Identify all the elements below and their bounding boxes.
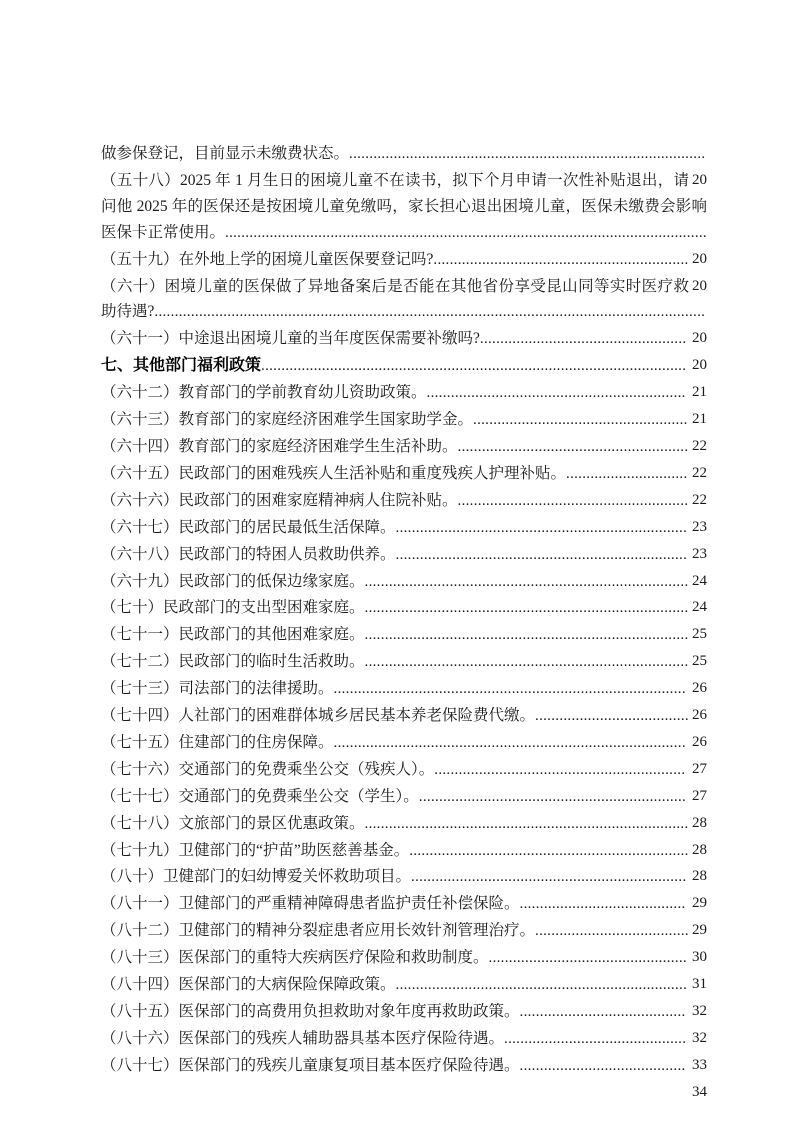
toc-entry-text: （七十八）文旅部门的景区优惠政策。 — [101, 815, 365, 832]
toc-page-number: 25 — [689, 649, 707, 675]
toc-leader-dots: ........................................… — [261, 358, 686, 374]
toc-page-number: 28 — [689, 864, 707, 890]
toc-entry-text: （七十三）司法部门的法律援助。 — [101, 680, 334, 697]
toc-entry: （七十一）民政部门的其他困难家庭。.......................… — [101, 622, 707, 649]
toc-leader-dots: ........................................… — [365, 627, 689, 643]
toc-leader-dots: ........................................… — [396, 547, 688, 563]
toc-leader-dots: ........................................… — [225, 225, 707, 241]
toc-leader-dots: ........................................… — [520, 1058, 686, 1074]
toc-leader-dots: ........................................… — [419, 789, 686, 805]
toc-leader-dots: ........................................… — [434, 762, 685, 778]
toc-entry-text: （八十一）卫健部门的严重精神障碍患者监护责任补偿保险。 — [101, 895, 520, 912]
toc-entry: 做参保登记，目前显示未缴费状态。........................… — [101, 141, 707, 168]
toc-entry: （七十七）交通部门的免费乘坐公交（学生）。...................… — [101, 784, 707, 811]
toc-page-number: 20 — [689, 247, 707, 273]
toc-leader-dots: ........................................… — [409, 843, 688, 859]
toc-page-number: 21 — [689, 380, 707, 406]
toc-entry-text: （八十三）医保部门的重特大疾病医疗保险和救助制度。 — [101, 949, 489, 966]
toc-entry: （五十八）2025 年 1 月生日的困境儿童不在读书，拟下个月申请一次性补贴退出… — [101, 168, 707, 247]
toc-entry: （七十）民政部门的支出型困难家庭。.......................… — [101, 595, 707, 622]
toc-entry: （七十三）司法部门的法律援助。.........................… — [101, 676, 707, 703]
toc-page-number: 20 — [689, 353, 707, 379]
toc-entry: （八十六）医保部门的残疾人辅助器具基本医疗保险待遇。..............… — [101, 1026, 707, 1053]
toc-entry: （六十）困境儿童的医保做了异地备案后是否能在其他省份享受昆山同等实时医疗救助待遇… — [101, 274, 707, 327]
toc-leader-dots: ........................................… — [480, 331, 687, 347]
toc-leader-dots: ........................................… — [365, 600, 689, 616]
toc-leader-dots: ........................................… — [458, 493, 689, 509]
toc-entry: （六十四）教育部门的家庭经济困难学生生活补助。.................… — [101, 434, 707, 461]
toc-entry-text: （六十五）民政部门的困难残疾人生活补贴和重度残疾人护理补贴。 — [101, 465, 566, 482]
toc-page-number: 29 — [689, 891, 707, 917]
toc-page-number: 21 — [689, 407, 707, 433]
toc-leader-dots: ........................................… — [433, 252, 688, 268]
toc-page-number: 26 — [689, 703, 707, 729]
toc-page-number: 33 — [689, 1053, 707, 1079]
toc-entry: （六十七）民政部门的居民最低生活保障。.....................… — [101, 515, 707, 542]
toc-entry: （七十九）卫健部门的“护苗”助医慈善基金。...................… — [101, 838, 707, 865]
toc-page-number: 31 — [689, 972, 707, 998]
toc-page-number: 23 — [689, 542, 707, 568]
toc-entry: （五十九）在外地上学的困境儿童医保要登记吗?..................… — [101, 247, 707, 274]
toc-leader-dots: ...................................... — [535, 923, 689, 939]
toc-entry-text: （七十四）人社部门的困难群体城乡居民基本养老保险费代缴。 — [101, 707, 535, 724]
toc-entry-text: （八十二）卫健部门的精神分裂症患者应用长效针剂管理治疗。 — [101, 922, 535, 939]
toc-entry-text: （八十五）医保部门的高费用负担救助对象年度再救助政策。 — [101, 1003, 520, 1020]
toc-entry-text: 七、其他部门福利政策 — [101, 357, 261, 374]
toc-entry-text: （七十五）住建部门的住房保障。 — [101, 734, 334, 751]
toc-leader-dots: ........................................… — [365, 574, 689, 590]
toc-page-number: 24 — [689, 595, 707, 621]
toc-entry-text: （六十一）中途退出困境儿童的当年度医保需要补缴吗? — [101, 330, 480, 347]
toc-page-number: 28 — [689, 838, 707, 864]
toc-page-number: 29 — [689, 918, 707, 944]
toc-entry: （七十八）文旅部门的景区优惠政策。.......................… — [101, 811, 707, 838]
toc-list: 做参保登记，目前显示未缴费状态。........................… — [101, 141, 707, 1106]
toc-entry-text: （六十四）教育部门的家庭经济困难学生生活补助。 — [101, 438, 458, 455]
toc-entry: （八十一）卫健部门的严重精神障碍患者监护责任补偿保险。.............… — [101, 891, 707, 918]
toc-entry: （七十五）住建部门的住房保障。.........................… — [101, 730, 707, 757]
toc-entry-text: （六十八）民政部门的特困人员救助供养。 — [101, 546, 396, 563]
toc-entry: （八十二）卫健部门的精神分裂症患者应用长效针剂管理治疗。............… — [101, 918, 707, 945]
toc-leader-dots: ........................................… — [365, 654, 689, 670]
toc-page-number: 28 — [689, 811, 707, 837]
toc-page-number: 25 — [689, 622, 707, 648]
toc-entry-text: （七十）民政部门的支出型困难家庭。 — [101, 599, 365, 616]
toc-entry: （六十九）民政部门的低保边缘家庭。.......................… — [101, 569, 707, 596]
toc-leader-dots: ........................................… — [154, 304, 705, 320]
toc-entry-text: 做参保登记，目前显示未缴费状态。 — [101, 145, 349, 162]
toc-entry-text: （八十四）医保部门的大病保险保障政策。 — [101, 976, 396, 993]
toc-leader-dots: ........................................… — [489, 950, 687, 966]
toc-leader-dots: .............................. — [566, 466, 688, 482]
toc-entry-text: （六十七）民政部门的居民最低生活保障。 — [101, 519, 396, 536]
toc-entry-text: （六十二）教育部门的学前教育幼儿资助政策。 — [101, 384, 427, 401]
toc-entry: （八十四）医保部门的大病保险保障政策。.....................… — [101, 972, 707, 999]
toc-leader-dots: ........................................… — [349, 146, 705, 162]
toc-leader-dots: ........................................… — [458, 439, 689, 455]
toc-entry-text: （七十九）卫健部门的“护苗”助医慈善基金。 — [101, 842, 409, 859]
toc-page-number: 27 — [689, 757, 707, 783]
toc-page-number: 22 — [689, 434, 707, 460]
toc-entry: （八十五）医保部门的高费用负担救助对象年度再救助政策。.............… — [101, 999, 707, 1026]
toc-page-number: 20 — [689, 326, 707, 352]
toc-entry: （六十二）教育部门的学前教育幼儿资助政策。...................… — [101, 380, 707, 407]
toc-entry: （六十一）中途退出困境儿童的当年度医保需要补缴吗?...............… — [101, 326, 707, 353]
toc-entry-text: （八十）卫健部门的妇幼博爱关怀救助项目。 — [101, 868, 411, 885]
toc-entry-text: （八十七）医保部门的残疾儿童康复项目基本医疗保险待遇。 — [101, 1057, 520, 1074]
toc-entry: （七十二）民政部门的临时生活救助。.......................… — [101, 649, 707, 676]
toc-page-number: 34 — [689, 1080, 707, 1106]
toc-entry: （六十三）教育部门的家庭经济困难学生国家助学金。................… — [101, 407, 707, 434]
toc-leader-dots: ........................................… — [427, 385, 686, 401]
toc-page-number: 32 — [689, 999, 707, 1025]
toc-entry: （六十六）民政部门的困难家庭精神病人住院补贴。.................… — [101, 488, 707, 515]
toc-leader-dots: ........................................… — [520, 896, 686, 912]
toc-heading: 七、其他部门福利政策..............................… — [101, 353, 707, 380]
toc-entry-text: （六十六）民政部门的困难家庭精神病人住院补贴。 — [101, 492, 458, 509]
toc-page-number: 26 — [689, 730, 707, 756]
toc-page-number: 23 — [689, 515, 707, 541]
toc-entry: （八十）卫健部门的妇幼博爱关怀救助项目。....................… — [101, 864, 707, 891]
toc-entry-text: （五十九）在外地上学的困境儿童医保要登记吗? — [101, 251, 433, 268]
toc-entry-text: （七十二）民政部门的临时生活救助。 — [101, 653, 365, 670]
toc-entry-text: （六十三）教育部门的家庭经济困难学生国家助学金。 — [101, 411, 473, 428]
toc-page-number: 27 — [689, 784, 707, 810]
toc-leader-dots: ........................................… — [396, 977, 688, 993]
toc-page-number: 32 — [689, 1026, 707, 1052]
toc-page-number: 22 — [689, 488, 707, 514]
toc-entry-text: （六十九）民政部门的低保边缘家庭。 — [101, 573, 365, 590]
toc-entry: （八十三）医保部门的重特大疾病医疗保险和救助制度。...............… — [101, 945, 707, 972]
toc-leader-dots: ...................................... — [535, 708, 689, 724]
toc-leader-dots: ........................................… — [520, 1004, 686, 1020]
toc-page-number: 30 — [689, 945, 707, 971]
toc-page-number: 24 — [689, 569, 707, 595]
toc-leader-dots: ........................................… — [365, 816, 689, 832]
toc-page-number: 22 — [689, 461, 707, 487]
toc-entry: （七十四）人社部门的困难群体城乡居民基本养老保险费代缴。............… — [101, 703, 707, 730]
toc-page-number: 20 — [689, 274, 707, 300]
toc-entry: （六十八）民政部门的特困人员救助供养。.....................… — [101, 542, 707, 569]
toc-page-number: 20 — [689, 168, 707, 194]
toc-entry: （七十六）交通部门的免费乘坐公交（残疾人）。..................… — [101, 757, 707, 784]
toc-entry-text: （七十一）民政部门的其他困难家庭。 — [101, 626, 365, 643]
toc-leader-dots: ........................................… — [396, 520, 688, 536]
toc-entry: （六十五）民政部门的困难残疾人生活补贴和重度残疾人护理补贴。..........… — [101, 461, 707, 488]
document-page: { "document": { "kind": "table-of-conten… — [0, 0, 800, 1131]
toc-leader-dots: ........................................… — [504, 1031, 686, 1047]
toc-entry-text: （七十六）交通部门的免费乘坐公交（残疾人）。 — [101, 761, 434, 778]
toc-entry-text: （八十六）医保部门的残疾人辅助器具基本医疗保险待遇。 — [101, 1030, 504, 1047]
toc-entry: （八十七）医保部门的残疾儿童康复项目基本医疗保险待遇。.............… — [101, 1053, 707, 1080]
toc-leader-dots: ........................................… — [473, 412, 688, 428]
toc-leader-dots: ........................................… — [411, 869, 686, 885]
toc-page-number: 26 — [689, 676, 707, 702]
toc-leader-dots: ........................................… — [334, 681, 686, 697]
toc-leader-dots: ........................................… — [334, 735, 686, 751]
toc-entry-text: （七十七）交通部门的免费乘坐公交（学生）。 — [101, 788, 419, 805]
